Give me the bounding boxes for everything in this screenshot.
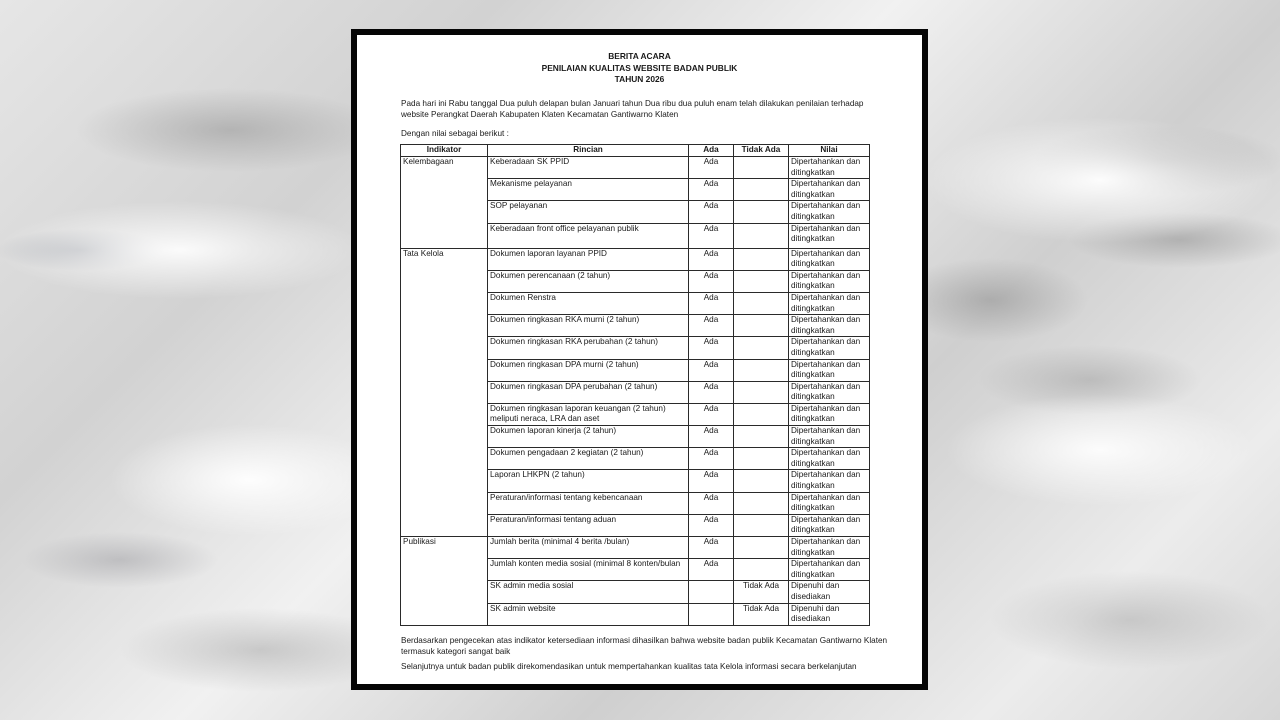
cell-ada: Ada — [689, 270, 734, 292]
cell-tidak-ada — [734, 448, 789, 470]
cell-tidak-ada — [734, 470, 789, 492]
cell-ada — [689, 603, 734, 625]
cell-rincian: Laporan LHKPN (2 tahun) — [488, 470, 689, 492]
cell-ada — [689, 581, 734, 603]
lead-paragraph: Dengan nilai sebagai berikut : — [401, 128, 892, 139]
cell-nilai: Dipertahankan dan ditingkatkan — [789, 381, 870, 403]
header-rincian: Rincian — [488, 145, 689, 157]
cell-ada: Ada — [689, 337, 734, 359]
cell-ada: Ada — [689, 470, 734, 492]
cell-tidak-ada — [734, 179, 789, 201]
cell-rincian: Dokumen ringkasan DPA perubahan (2 tahun… — [488, 381, 689, 403]
assessment-table: Indikator Rincian Ada Tidak Ada Nilai Ke… — [400, 144, 870, 626]
cell-tidak-ada — [734, 492, 789, 514]
cell-ada: Ada — [689, 157, 734, 179]
cell-ada: Ada — [689, 426, 734, 448]
cell-nilai: Dipertahankan dan ditingkatkan — [789, 448, 870, 470]
cell-rincian: Dokumen ringkasan laporan keuangan (2 ta… — [488, 403, 689, 425]
cell-tidak-ada — [734, 403, 789, 425]
cell-ada: Ada — [689, 292, 734, 314]
header-ada: Ada — [689, 145, 734, 157]
cell-ada: Ada — [689, 514, 734, 536]
intro-paragraph: Pada hari ini Rabu tanggal Dua puluh del… — [401, 98, 892, 120]
cell-tidak-ada — [734, 292, 789, 314]
table-body: KelembagaanKeberadaan SK PPIDAdaDipertah… — [401, 157, 870, 626]
cell-indikator: Publikasi — [401, 537, 488, 626]
cell-rincian: Keberadaan front office pelayanan publik — [488, 223, 689, 248]
document-frame: BERITA ACARA PENILAIAN KUALITAS WEBSITE … — [351, 29, 928, 690]
cell-rincian: SK admin website — [488, 603, 689, 625]
cell-ada: Ada — [689, 537, 734, 559]
cell-ada: Ada — [689, 315, 734, 337]
cell-tidak-ada — [734, 381, 789, 403]
cell-tidak-ada: Tidak Ada — [734, 581, 789, 603]
cell-nilai: Dipenuhi dan disediakan — [789, 603, 870, 625]
cell-nilai: Dipertahankan dan ditingkatkan — [789, 292, 870, 314]
cell-tidak-ada — [734, 537, 789, 559]
cell-nilai: Dipertahankan dan ditingkatkan — [789, 179, 870, 201]
title-line-3: TAHUN 2026 — [357, 74, 922, 86]
cell-rincian: Dokumen perencanaan (2 tahun) — [488, 270, 689, 292]
cell-ada: Ada — [689, 223, 734, 248]
cell-tidak-ada — [734, 223, 789, 248]
header-indikator: Indikator — [401, 145, 488, 157]
cell-rincian: Dokumen pengadaan 2 kegiatan (2 tahun) — [488, 448, 689, 470]
cell-tidak-ada — [734, 514, 789, 536]
cell-nilai: Dipertahankan dan ditingkatkan — [789, 359, 870, 381]
cell-ada: Ada — [689, 201, 734, 223]
table-row: KelembagaanKeberadaan SK PPIDAdaDipertah… — [401, 157, 870, 179]
cell-nilai: Dipenuhi dan disediakan — [789, 581, 870, 603]
cell-nilai: Dipertahankan dan ditingkatkan — [789, 426, 870, 448]
table-header-row: Indikator Rincian Ada Tidak Ada Nilai — [401, 145, 870, 157]
cell-nilai: Dipertahankan dan ditingkatkan — [789, 270, 870, 292]
cell-rincian: Keberadaan SK PPID — [488, 157, 689, 179]
cell-nilai: Dipertahankan dan ditingkatkan — [789, 157, 870, 179]
cell-tidak-ada — [734, 201, 789, 223]
document-title: BERITA ACARA PENILAIAN KUALITAS WEBSITE … — [357, 51, 922, 86]
cell-rincian: Dokumen ringkasan RKA perubahan (2 tahun… — [488, 337, 689, 359]
cell-tidak-ada — [734, 559, 789, 581]
cell-ada: Ada — [689, 179, 734, 201]
cell-rincian: Mekanisme pelayanan — [488, 179, 689, 201]
cell-indikator: Tata Kelola — [401, 248, 488, 536]
cell-nilai: Dipertahankan dan ditingkatkan — [789, 559, 870, 581]
cell-nilai: Dipertahankan dan ditingkatkan — [789, 492, 870, 514]
cell-rincian: Dokumen laporan kinerja (2 tahun) — [488, 426, 689, 448]
cell-tidak-ada — [734, 270, 789, 292]
cell-ada: Ada — [689, 403, 734, 425]
cell-rincian: Peraturan/informasi tentang kebencanaan — [488, 492, 689, 514]
cell-tidak-ada — [734, 315, 789, 337]
table-row: PublikasiJumlah berita (minimal 4 berita… — [401, 537, 870, 559]
title-line-1: BERITA ACARA — [357, 51, 922, 63]
cell-ada: Ada — [689, 492, 734, 514]
table-row: Tata KelolaDokumen laporan layanan PPIDA… — [401, 248, 870, 270]
cell-nilai: Dipertahankan dan ditingkatkan — [789, 201, 870, 223]
document-page: BERITA ACARA PENILAIAN KUALITAS WEBSITE … — [357, 35, 922, 684]
cell-rincian: Dokumen Renstra — [488, 292, 689, 314]
cell-nilai: Dipertahankan dan ditingkatkan — [789, 403, 870, 425]
cell-indikator: Kelembagaan — [401, 157, 488, 249]
cell-rincian: Dokumen laporan layanan PPID — [488, 248, 689, 270]
cell-rincian: Dokumen ringkasan RKA murni (2 tahun) — [488, 315, 689, 337]
cell-rincian: SK admin media sosial — [488, 581, 689, 603]
cell-nilai: Dipertahankan dan ditingkatkan — [789, 337, 870, 359]
cell-nilai: Dipertahankan dan ditingkatkan — [789, 248, 870, 270]
cell-nilai: Dipertahankan dan ditingkatkan — [789, 315, 870, 337]
cell-nilai: Dipertahankan dan ditingkatkan — [789, 537, 870, 559]
cell-nilai: Dipertahankan dan ditingkatkan — [789, 470, 870, 492]
cell-ada: Ada — [689, 448, 734, 470]
cell-ada: Ada — [689, 359, 734, 381]
header-tidak-ada: Tidak Ada — [734, 145, 789, 157]
closing-paragraph-2: Selanjutnya untuk badan publik direkomen… — [401, 661, 892, 672]
cell-tidak-ada — [734, 157, 789, 179]
closing-paragraph-1: Berdasarkan pengecekan atas indikator ke… — [401, 635, 892, 657]
cell-tidak-ada — [734, 248, 789, 270]
cell-tidak-ada — [734, 337, 789, 359]
header-nilai: Nilai — [789, 145, 870, 157]
cell-rincian: Jumlah konten media sosial (minimal 8 ko… — [488, 559, 689, 581]
cell-nilai: Dipertahankan dan ditingkatkan — [789, 514, 870, 536]
title-line-2: PENILAIAN KUALITAS WEBSITE BADAN PUBLIK — [357, 63, 922, 75]
cell-rincian: Jumlah berita (minimal 4 berita /bulan) — [488, 537, 689, 559]
cell-tidak-ada — [734, 426, 789, 448]
cell-tidak-ada — [734, 359, 789, 381]
cell-rincian: SOP pelayanan — [488, 201, 689, 223]
cell-nilai: Dipertahankan dan ditingkatkan — [789, 223, 870, 248]
cell-ada: Ada — [689, 248, 734, 270]
cell-tidak-ada: Tidak Ada — [734, 603, 789, 625]
cell-rincian: Peraturan/informasi tentang aduan — [488, 514, 689, 536]
cell-ada: Ada — [689, 381, 734, 403]
cell-ada: Ada — [689, 559, 734, 581]
cell-rincian: Dokumen ringkasan DPA murni (2 tahun) — [488, 359, 689, 381]
